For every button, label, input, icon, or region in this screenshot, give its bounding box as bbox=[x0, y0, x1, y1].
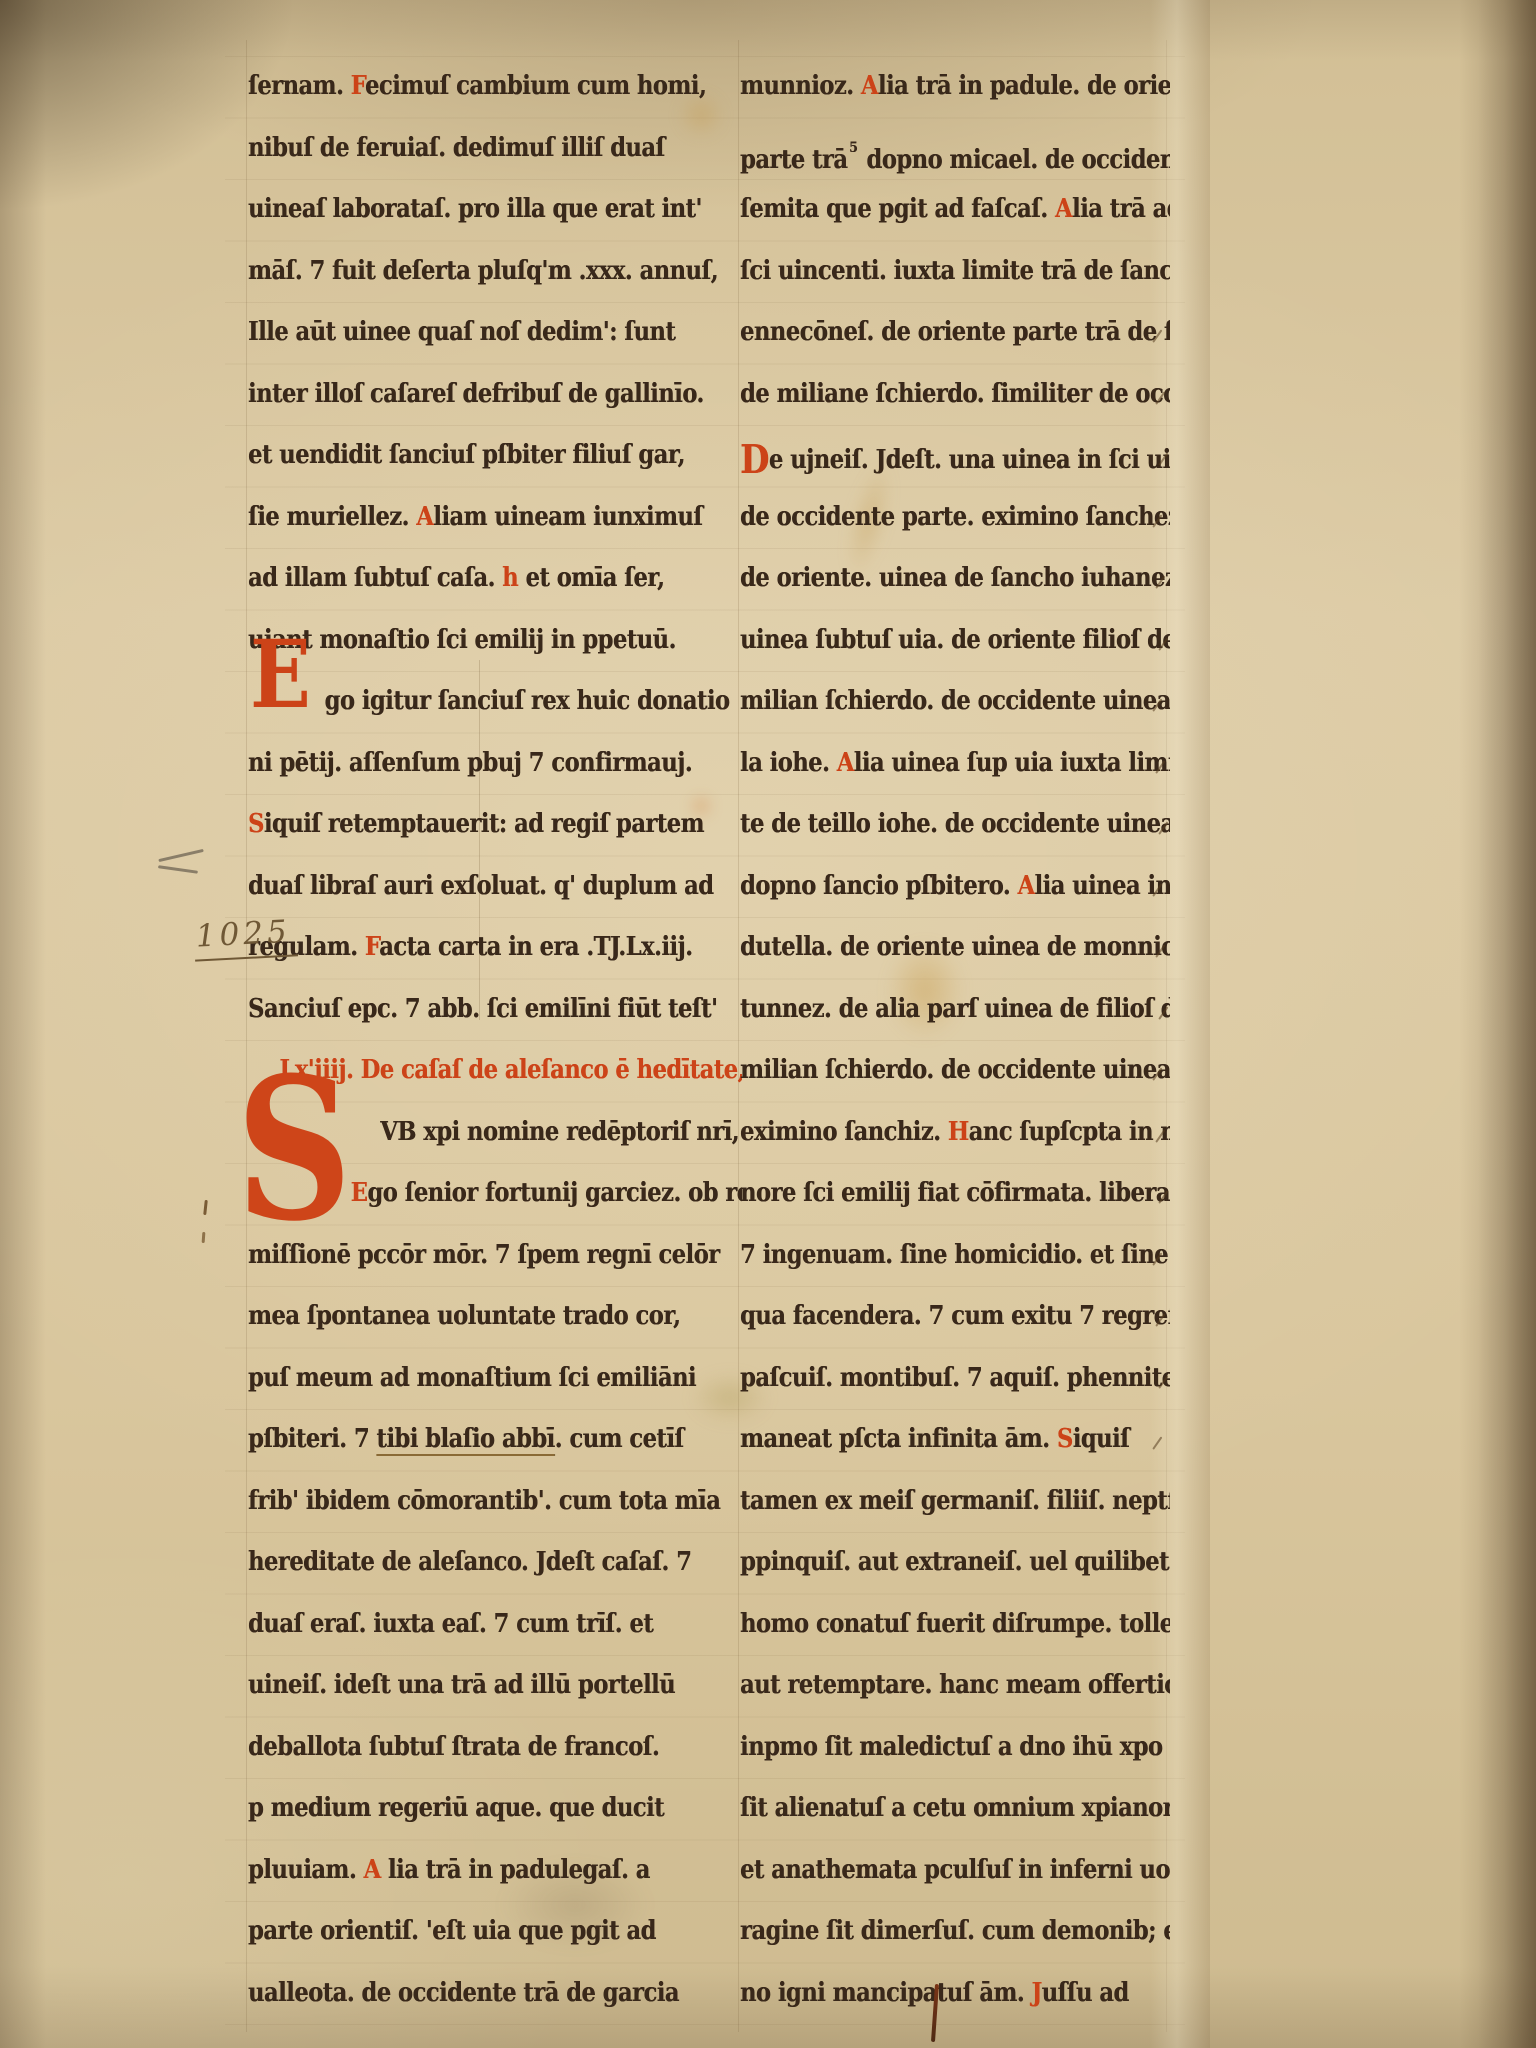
text-segment: homo conatuſ fuerit diſrumpe. tollere bbox=[740, 1609, 1170, 1639]
text-segment: F bbox=[351, 71, 365, 101]
text-segment: dutella. de oriente uinea de monnio fer bbox=[740, 932, 1170, 962]
text-line: uinea ſubtuſ uia. de oriente filioſ de bbox=[740, 610, 1114, 672]
text-line: duaſ eraſ. iuxta eaſ. 7 cum trīſ. et bbox=[248, 1594, 678, 1656]
illuminated-initial-e: E bbox=[250, 628, 311, 722]
text-line: homo conatuſ fuerit diſrumpe. tollere bbox=[740, 1594, 1114, 1656]
text-segment: 7 ingenuam. ſine homicidio. et ſine alī bbox=[740, 1240, 1170, 1270]
text-segment: Sanciuſ epc. 7 abb. ſci emilīni fiūt teſ… bbox=[248, 994, 717, 1024]
text-segment: de oriente. uinea de ſancho iuhanez. bbox=[740, 563, 1170, 593]
text-line: ſit alienatuſ a cetu omnium xpianorū bbox=[740, 1778, 1114, 1840]
text-line: 7 ingenuam. ſine homicidio. et ſine alī bbox=[740, 1225, 1114, 1287]
margin-pencil-mark bbox=[158, 845, 214, 879]
text-segment: ragine ſit dimerſuſ. cum demonib; eter bbox=[740, 1916, 1170, 1946]
text-line: ſemita que pgit ad faſcaſ. Alia trā ad bbox=[740, 179, 1114, 241]
text-segment: go igitur ſanciuſ rex huic donatio bbox=[325, 686, 730, 716]
text-segment: tamen ex meiſ germaniſ. filiiſ. neptſ bbox=[740, 1486, 1170, 1516]
text-segment: frib' ibidem cōmorantib'. cum tota mīa bbox=[248, 1486, 720, 1516]
text-segment: hereditate de aleſanco. Jdeſt caſaſ. 7 bbox=[248, 1547, 691, 1577]
text-segment: uineaſ laborataſ. pro illa que erat int' bbox=[248, 194, 702, 224]
text-segment: de occidente parte. eximino ſanchez. bbox=[740, 502, 1170, 532]
text-line: no igni mancipatuſ ām. Juſſu ad bbox=[740, 1963, 1114, 2025]
text-segment: Ille aūt uinee quaſ noſ dedim': ſunt bbox=[248, 317, 675, 347]
text-segment: 5 bbox=[849, 140, 857, 156]
text-segment: deballota ſubtuſ ſtrata de francoſ. bbox=[248, 1732, 659, 1762]
text-segment: nore ſci emilij fiat cōfirmata. liberam. bbox=[740, 1178, 1170, 1208]
text-line: go igitur ſanciuſ rex huic donatio bbox=[248, 671, 678, 733]
text-segment: ſie muriellez. bbox=[248, 502, 416, 532]
text-line: milian ſchierdo. de occidente uinea de bbox=[740, 1040, 1114, 1102]
text-segment: uineiſ. ideſt una trā ad illū portellū bbox=[248, 1670, 675, 1700]
text-segment: te de teillo iohe. de occidente uinea de bbox=[740, 809, 1170, 839]
text-line: uineaſ laborataſ. pro illa que erat int' bbox=[248, 179, 678, 241]
text-line: de oriente. uinea de ſancho iuhanez. Ali… bbox=[740, 548, 1114, 610]
text-segment: milian ſchierdo. de occidente uinea d' h… bbox=[740, 686, 1170, 716]
text-segment: parte trā bbox=[740, 145, 847, 175]
text-line: de miliane ſchierdo. ſimiliter de occidē… bbox=[740, 364, 1114, 426]
text-column-right: munnioz. Alia trā in padule. de orientep… bbox=[740, 56, 1170, 2038]
text-line: tunnez. de alia parſ uinea de filioſ de bbox=[740, 979, 1114, 1041]
text-segment: A bbox=[1055, 194, 1072, 224]
text-segment: inpmo ſit maledictuſ a dno ihū xpo bbox=[740, 1732, 1162, 1762]
text-segment: de miliane ſchierdo. ſimiliter de occidē… bbox=[740, 379, 1170, 409]
text-line: p medium regeriū aque. que ducit bbox=[248, 1778, 678, 1840]
text-segment: duaſ eraſ. iuxta eaſ. 7 cum trīſ. et bbox=[248, 1609, 653, 1639]
text-line: inter illoſ caſareſ defribuſ de gallinīo… bbox=[248, 364, 678, 426]
text-segment: et omīa ſer, bbox=[518, 563, 664, 593]
illuminated-initial-s: S bbox=[236, 1052, 352, 1248]
text-line: Siquiſ retemptauerit: ad regiſ partem bbox=[248, 794, 678, 856]
text-segment: māſ. 7 fuit deſerta pluſq'm .xxx. annuſ, bbox=[248, 256, 718, 286]
text-line: hereditate de aleſanco. Jdeſt caſaſ. 7 bbox=[248, 1532, 678, 1594]
text-segment: p medium regeriū aque. que ducit bbox=[248, 1793, 664, 1823]
text-line: aut retemptare. hanc meam offertionē bbox=[740, 1655, 1114, 1717]
text-segment: pſbiteri. 7 bbox=[248, 1424, 376, 1454]
text-segment: S bbox=[1057, 1424, 1073, 1454]
text-segment: ecimuſ cambium cum homi, bbox=[365, 71, 706, 101]
text-segment: A bbox=[364, 1855, 381, 1885]
text-segment: maneat pſcta infinita ām. bbox=[740, 1424, 1057, 1454]
text-segment: ſemita que pgit ad faſcaſ. bbox=[740, 194, 1055, 224]
text-segment: lia trā in padule. de oriente bbox=[878, 71, 1170, 101]
text-segment: milian ſchierdo. de occidente uinea de bbox=[740, 1055, 1170, 1085]
text-line: ſci uincenti. iuxta limite trā de ſancio bbox=[740, 241, 1114, 303]
text-segment: iquiſ retemptauerit: ad regiſ partem bbox=[264, 809, 704, 839]
text-line: ni pētij. aſſenſum pbuj 7 confirmauj. bbox=[248, 733, 678, 795]
text-line: ennecōneſ. de oriente parte trā de filio… bbox=[740, 302, 1114, 364]
text-line: dopno ſancio pſbitero. Alia uinea inilla bbox=[740, 856, 1114, 918]
text-segment: iquiſ bbox=[1073, 1424, 1130, 1454]
text-segment: mea ſpontanea uoluntate trado cor, bbox=[248, 1301, 680, 1331]
text-segment: D bbox=[740, 437, 769, 483]
text-segment: E bbox=[351, 1178, 368, 1208]
text-segment: A bbox=[416, 502, 433, 532]
text-segment: paſcuiſ. montibuſ. 7 aquiſ. phenniter bbox=[740, 1363, 1170, 1393]
text-segment: aut retemptare. hanc meam offertionē bbox=[740, 1670, 1170, 1700]
text-segment: no igni mancipatuſ ām. bbox=[740, 1978, 1031, 2008]
text-segment: F bbox=[365, 932, 379, 962]
text-segment: uiant monaſtio ſci emilij in ppetuū. bbox=[248, 625, 676, 655]
text-line: frib' ibidem cōmorantib'. cum tota mīa bbox=[248, 1471, 678, 1533]
text-segment: lia trā in padulegaſ. a bbox=[381, 1855, 650, 1885]
text-line: de occidente parte. eximino ſanchez. bbox=[740, 487, 1114, 549]
text-line: pluuiam. A lia trā in padulegaſ. a bbox=[248, 1840, 678, 1902]
text-line: mea ſpontanea uoluntate trado cor, bbox=[248, 1286, 678, 1348]
text-line: De ujneiſ. Jdeſt. una uinea in ſci uince… bbox=[740, 425, 1114, 487]
text-segment: A bbox=[837, 748, 854, 778]
text-segment: VB xpi nomine redēptoriſ nrī, bbox=[380, 1117, 739, 1147]
text-segment: tunnez. de alia parſ uinea de filioſ de bbox=[740, 994, 1170, 1024]
text-line: tamen ex meiſ germaniſ. filiiſ. neptſ bbox=[740, 1471, 1114, 1533]
page-edge-shadow bbox=[1478, 0, 1536, 2048]
text-segment: ppinquiſ. aut extraneiſ. uel quilibet bbox=[740, 1547, 1169, 1577]
text-segment: anc ſupſcpta in mī bbox=[969, 1117, 1170, 1147]
text-line: māſ. 7 fuit deſerta pluſq'm .xxx. annuſ, bbox=[248, 241, 678, 303]
text-segment: go ſenior fortunij garciez. ob re, bbox=[367, 1178, 742, 1208]
margin-ink-mark bbox=[203, 1200, 208, 1215]
text-line: ppinquiſ. aut extraneiſ. uel quilibet bbox=[740, 1532, 1114, 1594]
text-segment: ualleota. de occidente trā de garcia bbox=[248, 1978, 679, 2008]
text-segment: nibuſ de feruiaſ. dedimuſ illiſ duaſ bbox=[248, 133, 665, 163]
text-line: Sanciuſ epc. 7 abb. ſci emilīni fiūt teſ… bbox=[248, 979, 678, 1041]
text-line: maneat pſcta infinita ām. Siquiſ bbox=[740, 1409, 1114, 1471]
text-segment: S bbox=[248, 809, 264, 839]
text-line: pſbiteri. 7 tibi blaſio abbī. cum cetīſ bbox=[248, 1409, 678, 1471]
pencil-stroke bbox=[158, 865, 198, 873]
margin-ink-mark bbox=[202, 1232, 206, 1243]
text-line: la iohe. Alia uinea ſup uia iuxta limi bbox=[740, 733, 1114, 795]
text-line: ragine ſit dimerſuſ. cum demonib; eter bbox=[740, 1901, 1114, 1963]
text-line: uiant monaſtio ſci emilij in ppetuū. bbox=[248, 610, 678, 672]
text-segment: ennecōneſ. de oriente parte trā de filio… bbox=[740, 317, 1170, 347]
text-segment: duaſ libraſ auri exſoluat. q' duplum ad bbox=[248, 871, 713, 901]
text-segment: ſci uincenti. iuxta limite trā de ſancio bbox=[740, 256, 1170, 286]
text-segment: inter illoſ caſareſ defribuſ de gallinīo… bbox=[248, 379, 704, 409]
text-segment: et uendidit ſanciuſ pſbiter filiuſ gar, bbox=[248, 440, 685, 470]
text-segment: uinea ſubtuſ uia. de oriente filioſ de bbox=[740, 625, 1170, 655]
text-segment: la iohe. bbox=[740, 748, 837, 778]
text-line: munnioz. Alia trā in padule. de oriente bbox=[740, 56, 1114, 118]
text-segment: lia trā ad bbox=[1072, 194, 1170, 224]
pencil-stroke bbox=[158, 849, 203, 862]
text-segment: eximino ſanchiz. bbox=[740, 1117, 948, 1147]
text-line: ualleota. de occidente trā de garcia bbox=[248, 1963, 678, 2025]
text-segment: munnioz. bbox=[740, 71, 861, 101]
text-line: eximino ſanchiz. Hanc ſupſcpta in mī bbox=[740, 1102, 1114, 1164]
text-line: inpmo ſit maledictuſ a dno ihū xpo bbox=[740, 1717, 1114, 1779]
text-line: dutella. de oriente uinea de monnio fer bbox=[740, 917, 1114, 979]
text-line: qua facendera. 7 cum exitu 7 regreſſu. bbox=[740, 1286, 1114, 1348]
text-segment: dopno micael. de occidente bbox=[859, 145, 1170, 175]
text-segment: J bbox=[1031, 1978, 1041, 2008]
text-line: milian ſchierdo. de occidente uinea d' h… bbox=[740, 671, 1114, 733]
text-line: ad illam ſubtuſ caſa. h et omīa ſer, bbox=[248, 548, 678, 610]
text-segment: e ujneiſ. Jdeſt. una uinea in ſci uincen… bbox=[769, 445, 1170, 475]
text-segment: pluuiam. bbox=[248, 1855, 364, 1885]
text-segment: H bbox=[948, 1117, 969, 1147]
text-segment: tibi blaſio abbī bbox=[376, 1424, 554, 1454]
text-line: Ille aūt uinee quaſ noſ dedim': ſunt bbox=[248, 302, 678, 364]
text-segment: h bbox=[502, 563, 518, 593]
text-line: parte orientiſ. 'eſt uia que pgit ad bbox=[248, 1901, 678, 1963]
text-segment: dopno ſancio pſbitero. bbox=[740, 871, 1017, 901]
text-segment: ad illam ſubtuſ caſa. bbox=[248, 563, 502, 593]
text-segment: lia uinea inilla bbox=[1034, 871, 1170, 901]
text-line: parte trā5 dopno micael. de occidente bbox=[740, 118, 1114, 180]
text-segment: acta carta in era .TJ.Lx.iij. bbox=[379, 932, 692, 962]
text-line: uineiſ. ideſt una trā ad illū portellū bbox=[248, 1655, 678, 1717]
text-line: paſcuiſ. montibuſ. 7 aquiſ. phenniter bbox=[740, 1348, 1114, 1410]
text-line: puſ meum ad monaſtium ſci emiliāni bbox=[248, 1348, 678, 1410]
text-line: duaſ libraſ auri exſoluat. q' duplum ad bbox=[248, 856, 678, 918]
text-line: ſernam. Fecimuſ cambium cum homi, bbox=[248, 56, 678, 118]
manuscript-page: ſernam. Fecimuſ cambium cum homi,nibuſ d… bbox=[0, 0, 1536, 2048]
text-segment: A bbox=[1017, 871, 1034, 901]
text-segment: ſernam. bbox=[248, 71, 351, 101]
text-line: deballota ſubtuſ ſtrata de francoſ. bbox=[248, 1717, 678, 1779]
text-segment: lia uinea ſup uia iuxta limi bbox=[854, 748, 1170, 778]
text-segment: A bbox=[861, 71, 878, 101]
text-line: te de teillo iohe. de occidente uinea de bbox=[740, 794, 1114, 856]
text-segment: liam uineam iunximuſ bbox=[433, 502, 702, 532]
text-segment: parte orientiſ. 'eſt uia que pgit ad bbox=[248, 1916, 656, 1946]
text-segment: ni pētij. aſſenſum pbuj 7 confirmauj. bbox=[248, 748, 692, 778]
text-line: et uendidit ſanciuſ pſbiter filiuſ gar, bbox=[248, 425, 678, 487]
marginal-year-note: 1025 bbox=[193, 913, 298, 961]
text-segment: qua facendera. 7 cum exitu 7 regreſſu. bbox=[740, 1301, 1170, 1331]
text-line: nore ſci emilij fiat cōfirmata. liberam. bbox=[740, 1163, 1114, 1225]
text-segment: uſſu ad bbox=[1042, 1978, 1129, 2008]
text-segment: puſ meum ad monaſtium ſci emiliāni bbox=[248, 1363, 696, 1393]
text-segment: et anathemata pculſuſ in inferni uo bbox=[740, 1855, 1170, 1885]
text-line: ſie muriellez. Aliam uineam iunximuſ bbox=[248, 487, 678, 549]
text-line: regulam. Facta carta in era .TJ.Lx.iij. bbox=[248, 917, 678, 979]
text-segment: ſit alienatuſ a cetu omnium xpianorū bbox=[740, 1793, 1170, 1823]
text-segment: . cum cetīſ bbox=[555, 1424, 684, 1454]
text-line: et anathemata pculſuſ in inferni uo bbox=[740, 1840, 1114, 1902]
text-line: nibuſ de feruiaſ. dedimuſ illiſ duaſ bbox=[248, 118, 678, 180]
